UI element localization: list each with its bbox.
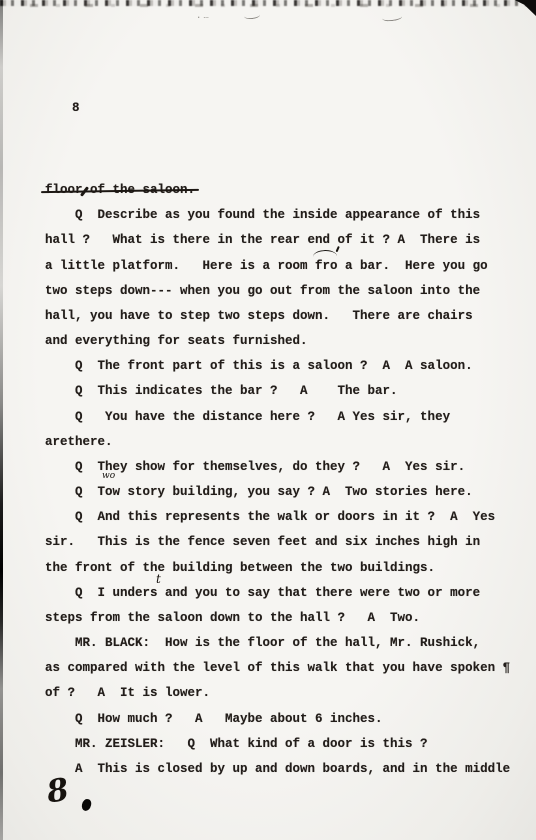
transcript-line: a little platform. Here is a room fro a …	[45, 259, 488, 279]
transcript-line: Q How much ? A Maybe about 6 inches.	[45, 712, 383, 732]
transcript-line: Q Tow story building, you say ? A Two st…	[45, 485, 473, 505]
page-number: 8	[72, 101, 80, 115]
transcript-line: MR. BLACK: How is the floor of the hall,…	[45, 636, 480, 656]
transcript-line: Q And this represents the walk or doors …	[45, 510, 495, 530]
scan-edge-top-smudge	[30, 4, 510, 7]
transcript-line: of ? A It is lower.	[45, 686, 210, 706]
transcript-line: hall, you have to step two steps down. T…	[45, 309, 473, 329]
transcript-line: Q I unders and you to say that there wer…	[45, 586, 480, 606]
strikethrough-pen-line	[41, 189, 199, 193]
transcript-line: two steps down--- when you go out from t…	[45, 284, 480, 304]
transcript-line: the front of the building between the tw…	[45, 561, 435, 581]
transcript-line: as compared with the level of this walk …	[45, 661, 510, 681]
scan-edge-left-artifact	[0, 0, 3, 840]
transcript-line: Q Describe as you found the inside appea…	[45, 208, 480, 228]
transcript-line: and everything for seats furnished.	[45, 334, 308, 354]
handwritten-page-number: 8	[45, 775, 71, 809]
transcript-line: hall ? What is there in the rear end of …	[45, 233, 480, 253]
handwritten-correction-understand-t: t	[156, 573, 161, 585]
transcript-line: Q The front part of this is a saloon ? A…	[45, 359, 473, 379]
transcript-line: arethere.	[45, 435, 113, 455]
transcript-line: Q You have the distance here ? A Yes sir…	[45, 410, 450, 430]
scan-smudge: .…	[196, 11, 211, 21]
transcript-line: MR. ZEISLER: Q What kind of a door is th…	[45, 737, 428, 757]
transcript-line: A This is closed by up and down boards, …	[45, 762, 510, 782]
transcript-line: floor of the saloon.	[45, 183, 195, 203]
transcript-line: steps from the saloon down to the hall ?…	[45, 611, 420, 631]
handwritten-correction-tow-wo: wo	[102, 472, 115, 481]
transcript-line: sir. This is the fence seven feet and si…	[45, 535, 480, 555]
transcript-line: Q This indicates the bar ? A The bar.	[45, 384, 398, 404]
